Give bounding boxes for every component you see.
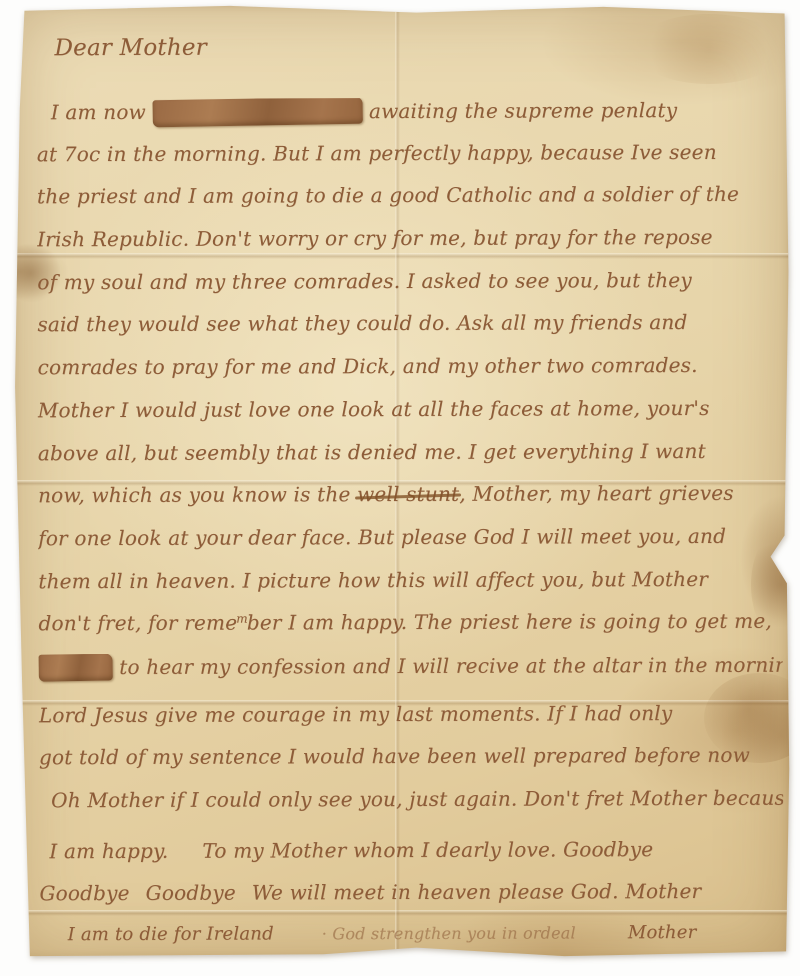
letter-line: GoodbyeGoodbyeWe will meet in heaven ple… bbox=[39, 879, 783, 924]
letter-text: the priest and I am going to die a good … bbox=[37, 182, 739, 208]
letter-text: of my soul and my three comrades. I aske… bbox=[37, 268, 692, 294]
letter-text: comrades to pray for me and Dick, and my… bbox=[38, 353, 698, 379]
letter-line: Irish Republic. Don't worry or cry for m… bbox=[37, 225, 781, 270]
letter-line: at 7oc in the morning. But I am perfectl… bbox=[37, 139, 781, 184]
letter-text: for one look at your dear face. But plea… bbox=[38, 524, 726, 550]
letter-text: Goodbye bbox=[146, 881, 236, 905]
letter-line: the priest and I am going to die a good … bbox=[37, 182, 781, 227]
letter-text: Goodbye bbox=[39, 881, 129, 905]
letter-line: above all, but seembly that is denied me… bbox=[38, 438, 782, 483]
paper-wrapper: Dear Mother I am now awaiting the suprem… bbox=[12, 4, 790, 960]
letter-line: Mother I would just love one look at all… bbox=[38, 395, 782, 440]
letter-text: Mother bbox=[628, 922, 697, 943]
letter-line: got told of my sentence I would have bee… bbox=[39, 743, 783, 788]
letter-line: comrades to pray for me and Dick, and my… bbox=[38, 353, 782, 398]
salutation: Dear Mother bbox=[54, 33, 780, 66]
letter-text: awaiting the supreme penlaty bbox=[362, 98, 677, 123]
letter-line: don't fret, for remember I am happy. The… bbox=[38, 609, 782, 654]
letter-text: got told of my sentence I would have bee… bbox=[39, 743, 750, 769]
letter-text: Irish Republic. Don't worry or cry for m… bbox=[37, 225, 713, 251]
letter-text: To my Mother whom I dearly love. Goodbye bbox=[202, 837, 653, 863]
letter-line: Lord Jesus give me courage in my last mo… bbox=[39, 700, 783, 745]
letter-line: for one look at your dear face. But plea… bbox=[38, 524, 782, 569]
handwritten-text: Dear Mother I am now awaiting the suprem… bbox=[10, 3, 791, 962]
letter-line: said they would see what they could do. … bbox=[37, 310, 781, 355]
letter-text: said they would see what they could do. … bbox=[37, 310, 687, 336]
letter-text: I am now bbox=[51, 100, 153, 124]
letter-line: I am to die for Ireland· God strengthen … bbox=[68, 922, 784, 967]
letter-text: Oh Mother if I could only see you, just … bbox=[51, 786, 783, 813]
letter-paper: Dear Mother I am now awaiting the suprem… bbox=[12, 4, 790, 960]
letter-line: now, which as you know is the well stunt… bbox=[38, 481, 782, 526]
letter-line: I am now awaiting the supreme penlaty bbox=[51, 97, 781, 142]
letter-line: them all in heaven. I picture how this w… bbox=[38, 566, 782, 611]
letter-line: to hear my confession and I will recive … bbox=[39, 652, 783, 697]
letter-line: I am happy.To my Mother whom I dearly lo… bbox=[49, 836, 783, 881]
letter-text: at 7oc in the morning. But I am perfectl… bbox=[37, 140, 717, 166]
letter-text: don't fret, for reme bbox=[38, 611, 237, 636]
letter-text: We will meet in heaven please God. Mothe… bbox=[252, 879, 702, 905]
letter-text: I am to die for Ireland bbox=[68, 924, 274, 946]
letter-text: above all, but seembly that is denied me… bbox=[38, 438, 706, 464]
letter-text: Lord Jesus give me courage in my last mo… bbox=[39, 701, 673, 727]
letter-photograph: Dear Mother I am now awaiting the suprem… bbox=[0, 0, 800, 976]
letter-text: , Mother, my heart grieves bbox=[459, 481, 734, 506]
struck-out-text: well stunt bbox=[357, 482, 459, 506]
letter-text: Mother I would just love one look at all… bbox=[38, 396, 710, 422]
letter-line: of my soul and my three comrades. I aske… bbox=[37, 267, 781, 312]
letter-text: them all in heaven. I picture how this w… bbox=[38, 566, 708, 592]
redaction-strip bbox=[152, 97, 362, 128]
letter-line: Oh Mother if I could only see you, just … bbox=[51, 786, 783, 831]
letter-lines: I am now awaiting the supreme penlatyat … bbox=[37, 97, 784, 967]
letter-text: ber I am happy. The priest here is going… bbox=[247, 609, 772, 635]
redaction-strip bbox=[39, 653, 113, 681]
faded-text: · God strengthen you in ordeal bbox=[322, 923, 576, 943]
letter-text: I am happy. bbox=[49, 839, 168, 863]
letter-text: to hear my confession and I will recive … bbox=[113, 653, 783, 679]
letter-text: now, which as you know is the bbox=[38, 482, 357, 507]
